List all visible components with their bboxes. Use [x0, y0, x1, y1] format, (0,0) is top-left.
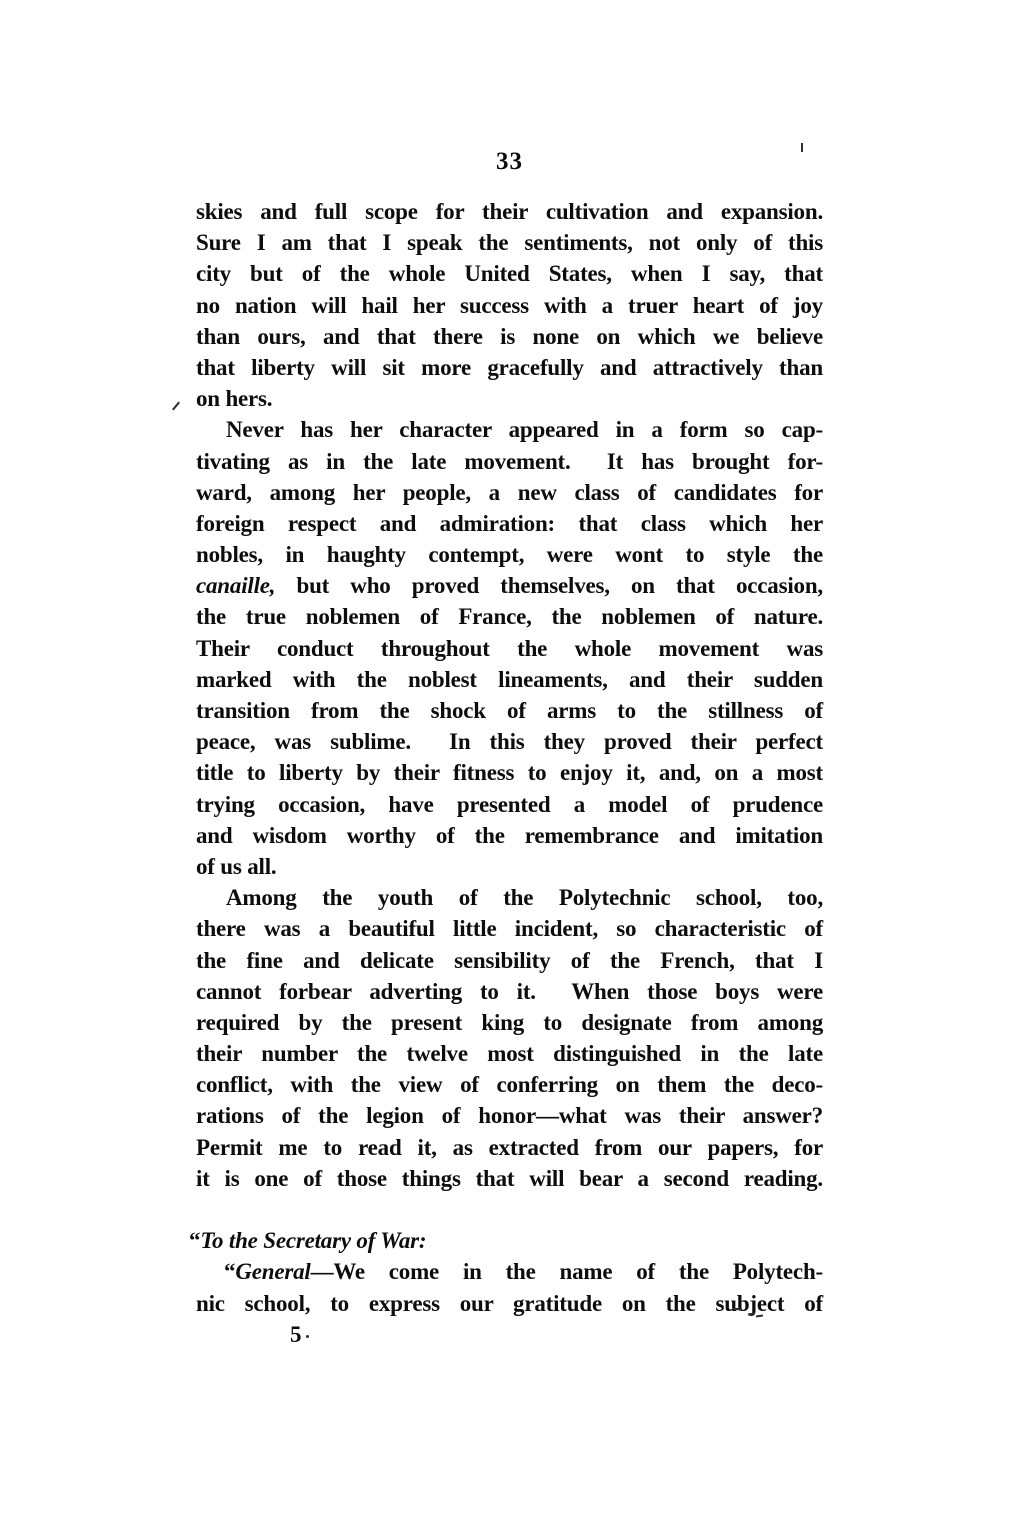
text-line: their number the twelve most distinguish… — [196, 1038, 823, 1069]
paragraph: Never has her character appeared in a fo… — [196, 414, 823, 882]
text-line: skies and full scope for their cultivati… — [196, 196, 823, 227]
letter-salutation: “To the Secretary of War: — [189, 1225, 823, 1256]
book-page: 33 skies and full scope for their cultiv… — [0, 0, 1018, 1520]
text-line: conflict, with the view of conferring on… — [196, 1069, 823, 1100]
scan-artifact — [733, 1308, 742, 1310]
text-line: of us all. — [196, 851, 823, 882]
text-line: no nation will hail her success with a t… — [196, 290, 823, 321]
letter-line: “General—We come in the name of the Poly… — [196, 1256, 823, 1287]
text-line: rations of the legion of honor—what was … — [196, 1100, 823, 1131]
text-line: cannot forbear adverting to it. When tho… — [196, 976, 823, 1007]
text-line: transition from the shock of arms to the… — [196, 695, 823, 726]
paragraph: skies and full scope for their cultivati… — [196, 196, 823, 414]
text-line: Their conduct throughout the whole movem… — [196, 633, 823, 664]
text-line: tivating as in the late movement. It has… — [196, 446, 823, 477]
text-line: and wisdom worthy of the remembrance and… — [196, 820, 823, 851]
text-line: Among the youth of the Polytechnic schoo… — [196, 882, 823, 913]
section-gap — [196, 1194, 823, 1225]
text-line: peace, was sublime. In this they proved … — [196, 726, 823, 757]
text-line: the fine and delicate sensibility of the… — [196, 945, 823, 976]
text-line: ward, among her people, a new class of c… — [196, 477, 823, 508]
letter-block: “To the Secretary of War:“General—We com… — [196, 1225, 823, 1319]
text-line: foreign respect and admiration: that cla… — [196, 508, 823, 539]
text-line: than ours, and that there is none on whi… — [196, 321, 823, 352]
letter-line: nic school, to express our gratitude on … — [196, 1288, 823, 1319]
text-line: nobles, in haughty contempt, were wont t… — [196, 539, 823, 570]
text-line: Permit me to read it, as extracted from … — [196, 1132, 823, 1163]
scan-artifact — [801, 143, 803, 152]
page-number: 33 — [196, 148, 823, 176]
scan-artifact — [172, 402, 180, 411]
text-line: city but of the whole United States, whe… — [196, 258, 823, 289]
text-line: required by the present king to designat… — [196, 1007, 823, 1038]
paragraph: Among the youth of the Polytechnic schoo… — [196, 882, 823, 1194]
text-line: there was a beautiful little incident, s… — [196, 913, 823, 944]
body-paragraphs: skies and full scope for their cultivati… — [196, 196, 823, 1194]
text-line: the true noblemen of France, the nobleme… — [196, 601, 823, 632]
text-line: trying occasion, have presented a model … — [196, 789, 823, 820]
signature-mark: 5 — [196, 1319, 823, 1350]
text-line: Never has her character appeared in a fo… — [196, 414, 823, 445]
text-line: on hers. — [196, 383, 823, 414]
text-line: that liberty will sit more gracefully an… — [196, 352, 823, 383]
text-line: it is one of those things that will bear… — [196, 1163, 823, 1194]
text-line: marked with the noblest lineaments, and … — [196, 664, 823, 695]
text-column: skies and full scope for their cultivati… — [196, 196, 823, 1350]
text-line: Sure I am that I speak the sentiments, n… — [196, 227, 823, 258]
scan-artifact — [306, 1335, 309, 1338]
text-line: canaille, but who proved themselves, on … — [196, 570, 823, 601]
text-line: title to liberty by their fitness to enj… — [196, 757, 823, 788]
